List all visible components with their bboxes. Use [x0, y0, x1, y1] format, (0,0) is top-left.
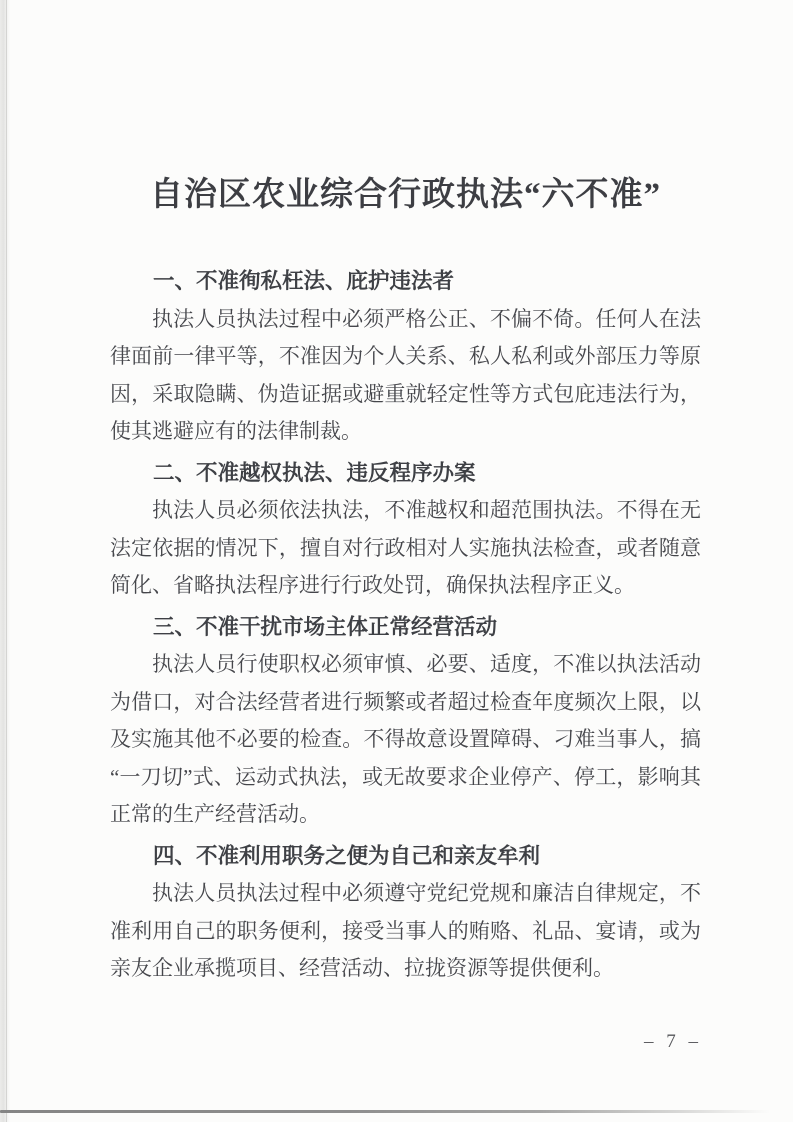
scanned-document-page: 自治区农业综合行政执法“六不准” 一、不准徇私枉法、庇护违法者 执法人员执法过程…	[0, 0, 793, 1122]
section-3: 三、不准干扰市场主体正常经营活动 执法人员行使职权必须审慎、必要、适度，不准以执…	[110, 609, 701, 834]
section-2-heading: 二、不准越权执法、违反程序办案	[110, 455, 701, 493]
document-content: 自治区农业综合行政执法“六不准” 一、不准徇私枉法、庇护违法者 执法人员执法过程…	[110, 0, 701, 988]
section-1-heading: 一、不准徇私枉法、庇护违法者	[110, 263, 701, 301]
section-2: 二、不准越权执法、违反程序办案 执法人员必须依法执法，不准越权和超范围执法。不得…	[110, 455, 701, 605]
section-3-paragraph: 执法人员行使职权必须审慎、必要、适度，不准以执法活动为借口，对合法经营者进行频繁…	[110, 646, 701, 834]
section-4-heading: 四、不准利用职务之便为自己和亲友牟利	[110, 838, 701, 876]
scan-line-artifact	[0, 1110, 770, 1113]
section-4-paragraph: 执法人员执法过程中必须遵守党纪党规和廉洁自律规定，不准利用自己的职务便利，接受当…	[110, 875, 701, 988]
page-number: – 7 –	[644, 1031, 702, 1053]
page-title: 自治区农业综合行政执法“六不准”	[110, 172, 701, 218]
section-4: 四、不准利用职务之便为自己和亲友牟利 执法人员执法过程中必须遵守党纪党规和廉洁自…	[110, 838, 701, 988]
section-1: 一、不准徇私枉法、庇护违法者 执法人员执法过程中必须严格公正、不偏不倚。任何人在…	[110, 263, 701, 451]
section-2-paragraph: 执法人员必须依法执法，不准越权和超范围执法。不得在无法定依据的情况下，擅自对行政…	[110, 492, 701, 605]
scan-edge-artifact	[0, 0, 10, 1122]
section-3-heading: 三、不准干扰市场主体正常经营活动	[110, 609, 701, 647]
section-1-paragraph: 执法人员执法过程中必须严格公正、不偏不倚。任何人在法律面前一律平等，不准因为个人…	[110, 301, 701, 451]
